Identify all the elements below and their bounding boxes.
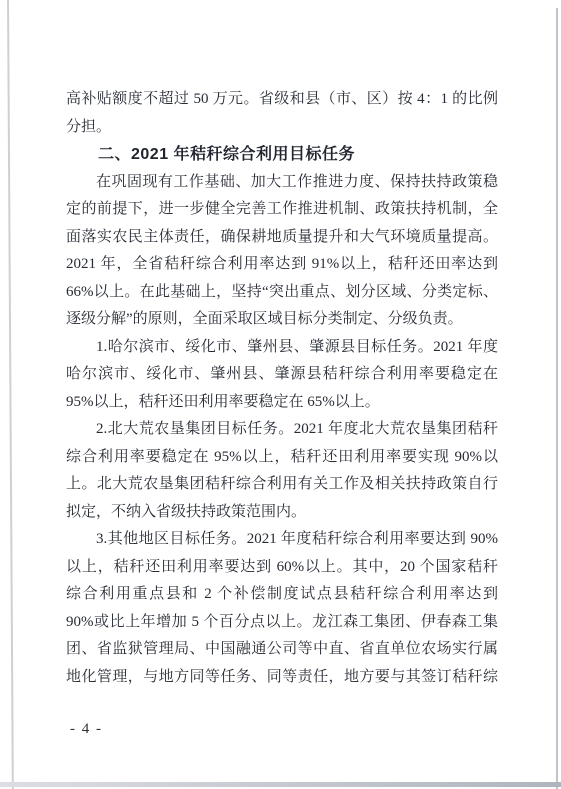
text-line: 66%以上。在此基础上，坚持“突出重点、划分区域、分类定标、 (66, 279, 498, 307)
text-line: 2.北大荒农垦集团目标任务。2021 年度北大荒农垦集团秸秆 (66, 416, 498, 444)
text-line: 地化管理，与地方同等任务、同等责任，地方要与其签订秸秆综 (66, 664, 498, 692)
text-line: 90%或比上年增加 5 个百分点以上。龙江森工集团、伊春森工集 (66, 609, 498, 637)
text-line: 逐级分解”的原则，全面采取区域目标分类制定、分级负责。 (66, 306, 498, 334)
text-line: 1.哈尔滨市、绥化市、肇州县、肇源县目标任务。2021 年度 (66, 334, 498, 362)
document-body: 高补贴额度不超过 50 万元。省级和县（市、区）按 4：1 的比例 分担。 二、… (66, 86, 498, 691)
text-line: 综合利用率要稳定在 95%以上，秸秆还田利用率要实现 90%以 (66, 444, 498, 472)
page-number: - 4 - (70, 721, 103, 738)
scan-edge-right (556, 8, 558, 789)
text-line: 高补贴额度不超过 50 万元。省级和县（市、区）按 4：1 的比例 (66, 86, 498, 114)
text-line: 哈尔滨市、绥化市、肇州县、肇源县秸秆综合利用率要稳定在 (66, 361, 498, 389)
text-line: 团、省监狱管理局、中国融通公司等中直、省直单位农场实行属 (66, 636, 498, 664)
section-heading: 二、2021 年秸秆综合利用目标任务 (66, 141, 498, 169)
text-line: 拟定，不纳入省级扶持政策范围内。 (66, 499, 498, 527)
scan-edge-bottom (0, 782, 561, 787)
text-line: 面落实农民主体责任，确保耕地质量提升和大气环境质量提高。 (66, 224, 498, 252)
text-line: 分担。 (66, 114, 498, 142)
text-line: 以上，秸秆还田利用率要达到 60%以上。其中，20 个国家秸秆 (66, 554, 498, 582)
text-line: 综合利用重点县和 2 个补偿制度试点县秸秆综合利用率达到 (66, 581, 498, 609)
text-line: 95%以上，秸秆还田利用率要稳定在 65%以上。 (66, 389, 498, 417)
scan-edge-left (7, 0, 13, 789)
document-page: 高补贴额度不超过 50 万元。省级和县（市、区）按 4：1 的比例 分担。 二、… (0, 0, 561, 789)
text-line: 在巩固现有工作基础、加大工作推进力度、保持扶持政策稳 (66, 169, 498, 197)
text-line: 定的前提下，进一步健全完善工作推进机制、政策扶持机制，全 (66, 196, 498, 224)
text-line: 上。北大荒农垦集团秸秆综合利用有关工作及相关扶持政策自行 (66, 471, 498, 499)
text-line: 3.其他地区目标任务。2021 年度秸秆综合利用率要达到 90% (66, 526, 498, 554)
text-line: 2021 年，全省秸秆综合利用率达到 91%以上，秸秆还田率达到 (66, 251, 498, 279)
